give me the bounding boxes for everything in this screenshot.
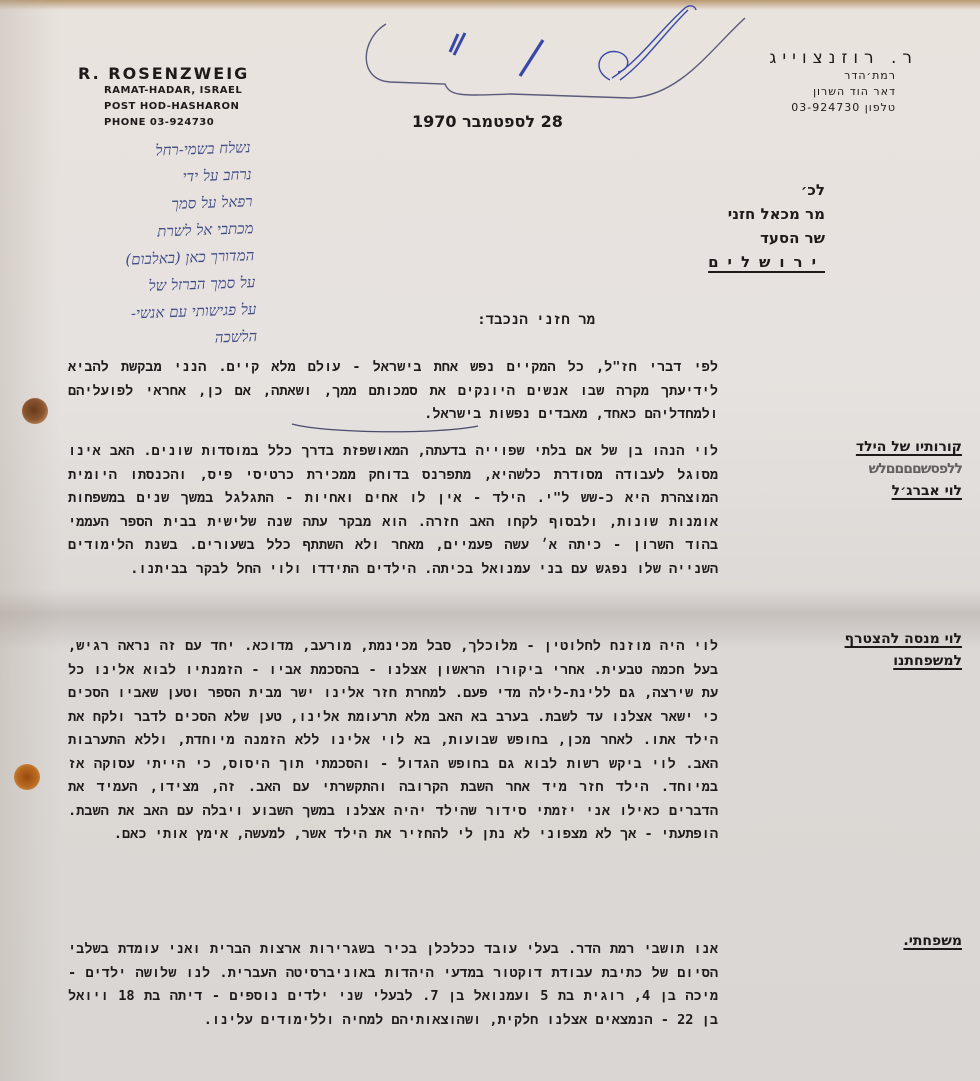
punch-hole-icon bbox=[22, 398, 48, 424]
margin-heading-child-history: קורותיו של הילד ללפסשםםםםלש לוי אברג׳ל bbox=[856, 436, 962, 502]
salutation: מר חזני הנכבד: bbox=[477, 312, 595, 329]
letterhead-english: R. ROSENZWEIG RAMAT-HADAR, ISRAEL POST H… bbox=[78, 64, 249, 131]
sender-address-line: POST HOD-HASHARON bbox=[104, 99, 249, 115]
pen-underline-icon bbox=[290, 420, 480, 440]
margin-heading-joining-family: לוי מנסה להצטרף למשפחתנו bbox=[845, 628, 962, 672]
margin-heading-my-family: משפחתי. bbox=[903, 930, 962, 952]
letter-date: 28 לספטמבר 1970 bbox=[412, 112, 563, 131]
margin-heading-line: לוי מנסה להצטרף bbox=[845, 628, 962, 650]
recipient-title: שר הסעד bbox=[708, 226, 825, 250]
letterhead-hebrew: ר. רוזנצוייג רמת׳הדר דאר הוד השרון טלפון… bbox=[769, 48, 918, 116]
paragraph-child-history: לוי הנהו בן של אם בלתי שפוייה בדעתה, המא… bbox=[68, 440, 718, 581]
letter-page: R. ROSENZWEIG RAMAT-HADAR, ISRAEL POST H… bbox=[0, 0, 980, 1081]
paragraph-text: לוי היה מוזנח לחלוטין - מלוכלך, סבל מכינ… bbox=[68, 635, 718, 847]
paragraph-intro: לפי דברי חז"ל, כל המקיים נפש אחת בישראל … bbox=[68, 356, 718, 427]
margin-heading-line: למשפחתנו bbox=[845, 650, 962, 672]
paragraph-text: לוי הנהו בן של אם בלתי שפוייה בדעתה, המא… bbox=[68, 440, 718, 581]
paragraph-text: אנו תושבי רמת הדר. בעלי עובד ככלכלן בכיר… bbox=[68, 938, 718, 1032]
handwritten-note: נשלח בשמי-רחל נרחב על ידי רפאל על סמך מכ… bbox=[30, 134, 257, 358]
sender-address-line: RAMAT-HADAR, ISRAEL bbox=[104, 83, 249, 99]
recipient-city: ירושלים bbox=[708, 250, 825, 274]
sender-address-line: רמת׳הדר bbox=[769, 68, 896, 84]
recipient-name: מר מכאל חזני bbox=[708, 202, 825, 226]
paragraph-text: לפי דברי חז"ל, כל המקיים נפש אחת בישראל … bbox=[68, 356, 718, 427]
punch-hole-icon bbox=[14, 764, 40, 790]
margin-heading-line: לוי אברג׳ל bbox=[856, 480, 962, 502]
pen-scribble-icon bbox=[350, 0, 750, 110]
paragraph-my-family: אנו תושבי רמת הדר. בעלי עובד ככלכלן בכיר… bbox=[68, 938, 718, 1032]
struck-out-text: ללפסשםםםםלש bbox=[856, 458, 962, 480]
margin-heading-line: קורותיו של הילד bbox=[856, 436, 962, 458]
paragraph-joining-family: לוי היה מוזנח לחלוטין - מלוכלך, סבל מכינ… bbox=[68, 635, 718, 847]
recipient-block: לכ׳ מר מכאל חזני שר הסעד ירושלים bbox=[708, 178, 825, 274]
sender-name-en: R. ROSENZWEIG bbox=[78, 64, 249, 83]
sender-phone: PHONE 03-924730 bbox=[104, 115, 249, 131]
recipient-to: לכ׳ bbox=[708, 178, 825, 202]
sender-name-he: ר. רוזנצוייג bbox=[769, 48, 918, 68]
margin-heading-line: משפחתי. bbox=[903, 930, 962, 952]
sender-address-line: דאר הוד השרון bbox=[769, 84, 896, 100]
sender-phone: טלפון 03-924730 bbox=[769, 100, 896, 116]
